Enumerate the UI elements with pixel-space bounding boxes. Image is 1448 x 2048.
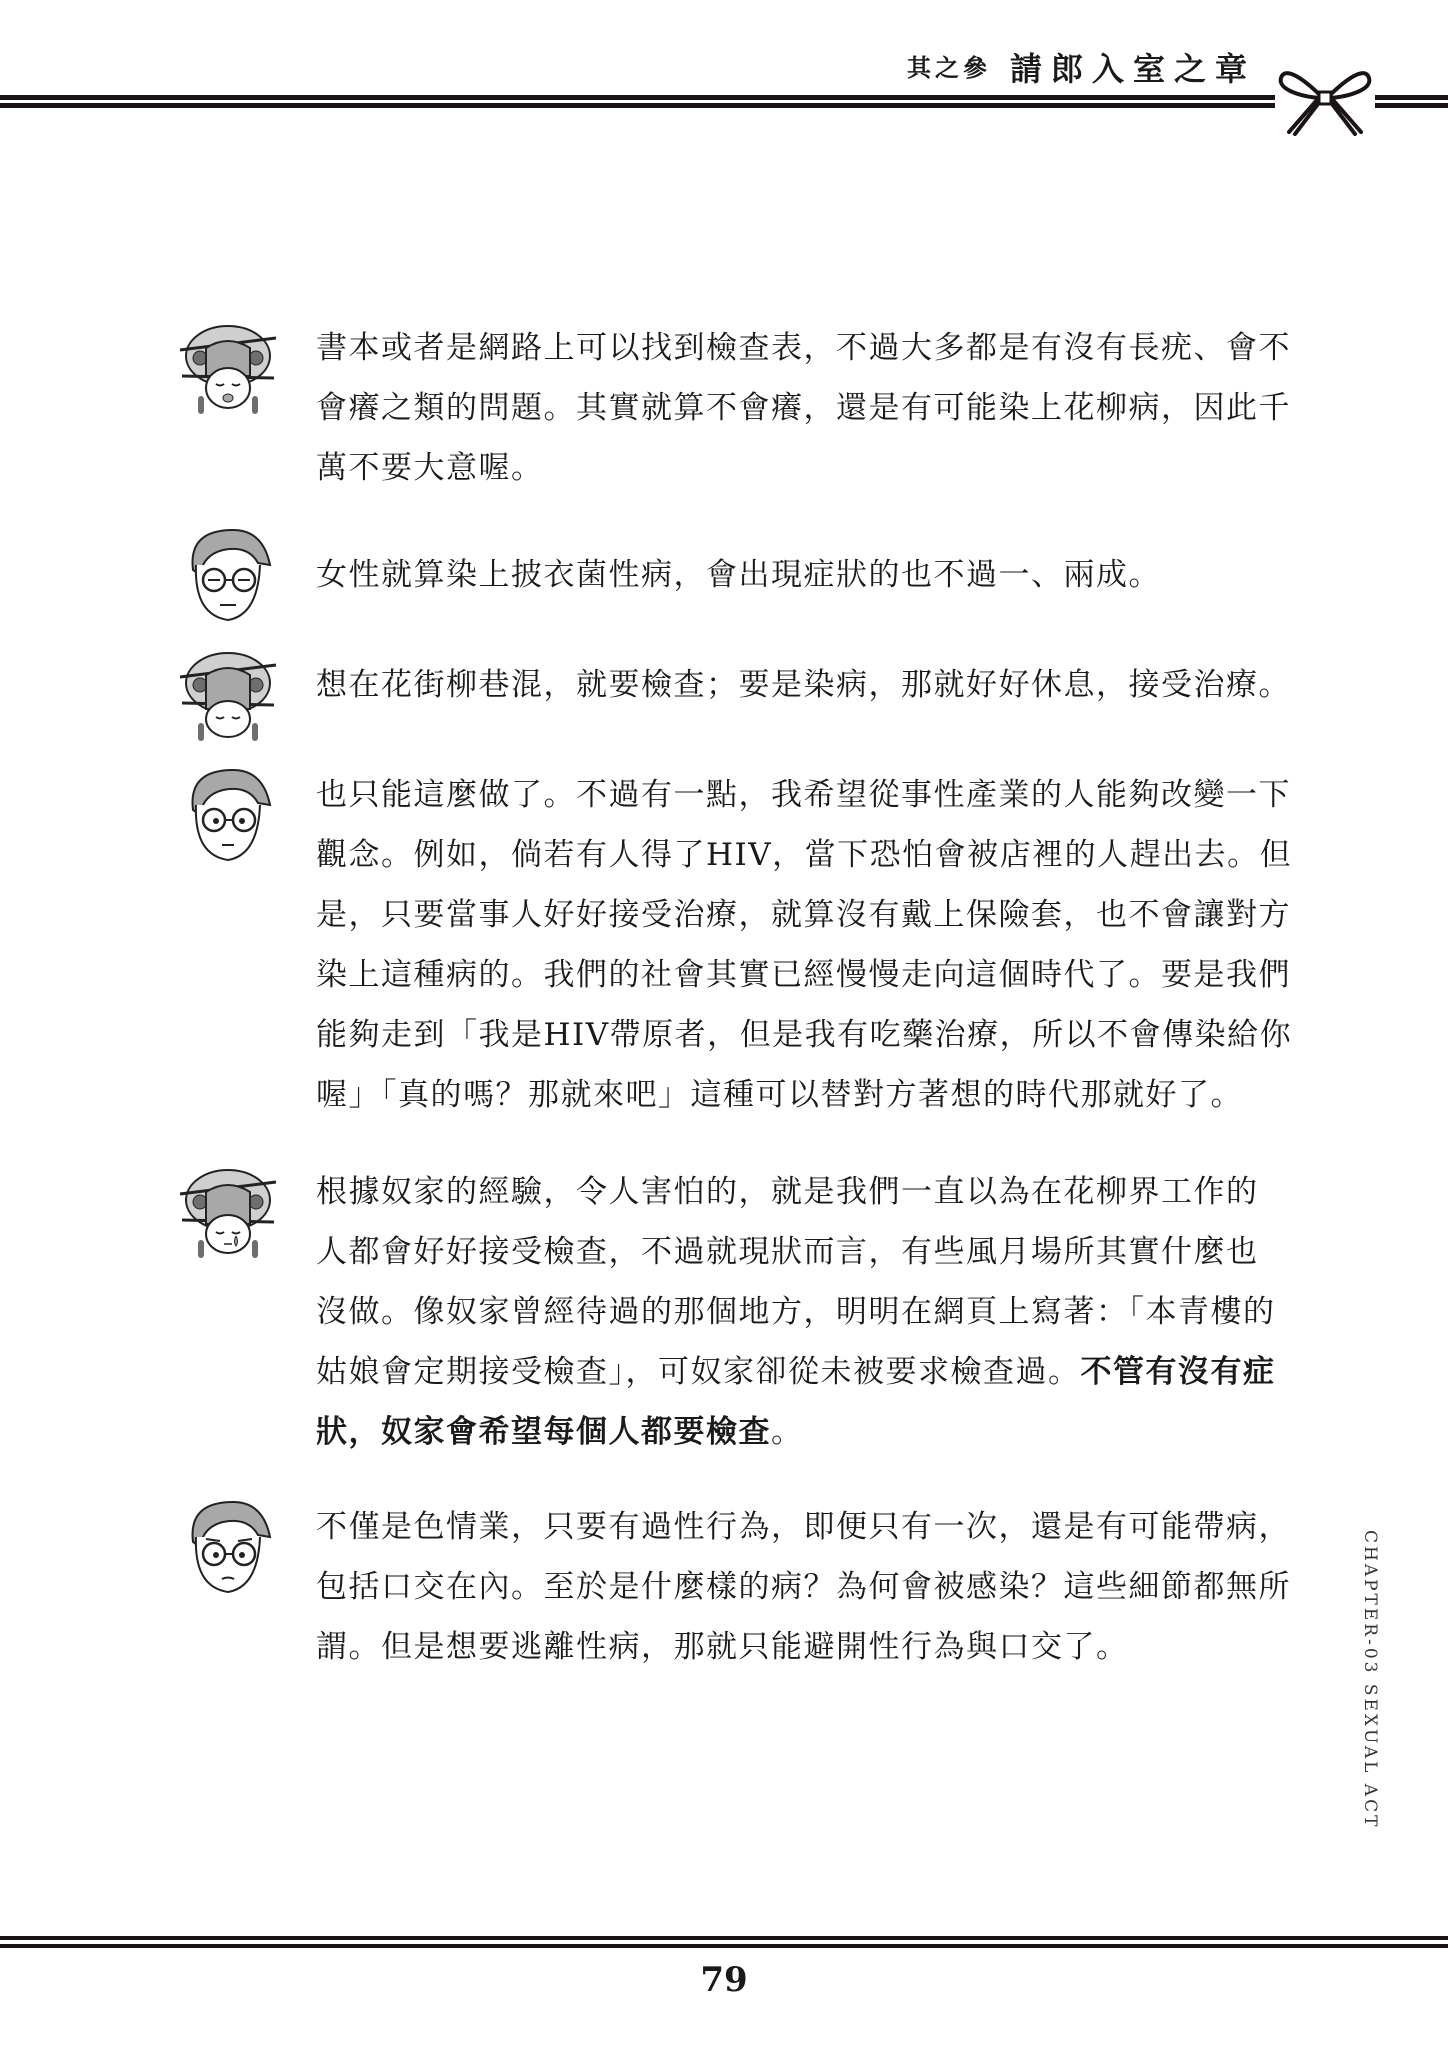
dialogue-text: 也只能這麼做了。不過有一點，我希望從事性產業的人能夠改變一下 觀念。例如，倘若有… [316, 765, 1316, 1125]
dialogue-text: 書本或者是網路上可以找到檢查表，不過大多都是有沒有長疣、會不 會癢之類的問題。其… [316, 318, 1316, 498]
header-rule-bottom [0, 103, 1448, 108]
doctor-open-eyes-avatar-icon [178, 765, 278, 865]
dialogue-text: 根據奴家的經驗，令人害怕的，就是我們一直以為在花柳界工作的 人都會好好接受檢查，… [316, 1162, 1316, 1462]
oiran-sleepy-avatar-icon [178, 318, 278, 418]
oiran-tired-avatar-icon [178, 645, 278, 745]
doctor-calm-avatar-icon [178, 525, 278, 625]
chapter-side-label: CHAPTER-03 SEXUAL ACT [1360, 1530, 1380, 1829]
footer-rule-top [0, 1936, 1448, 1940]
doctor-worried-avatar-icon [178, 1497, 278, 1597]
dialogue-text: 想在花街柳巷混，就要檢查；要是染病，那就好好休息，接受治療。 [316, 655, 1316, 715]
section-label: 其之參 [907, 48, 991, 83]
header-rule-top [0, 95, 1448, 100]
ribbon-bow-icon [1275, 60, 1375, 140]
dialogue-text: 女性就算染上披衣菌性病，會出現症狀的也不過一、兩成。 [316, 545, 1316, 605]
emphasis-text: 不管有沒有症 [1081, 1354, 1276, 1390]
chapter-title: 請郎入室之章 [1010, 44, 1256, 90]
footer-rule-bottom [0, 1944, 1448, 1948]
oiran-crying-avatar-icon [178, 1162, 278, 1262]
page-number: 79 [0, 1960, 1448, 2000]
emphasis-text: 狀，奴家會希望每個人都要檢查 [316, 1414, 771, 1450]
dialogue-text: 不僅是色情業，只要有過性行為，即便只有一次，還是有可能帶病， 包括口交在內。至於… [316, 1497, 1316, 1677]
